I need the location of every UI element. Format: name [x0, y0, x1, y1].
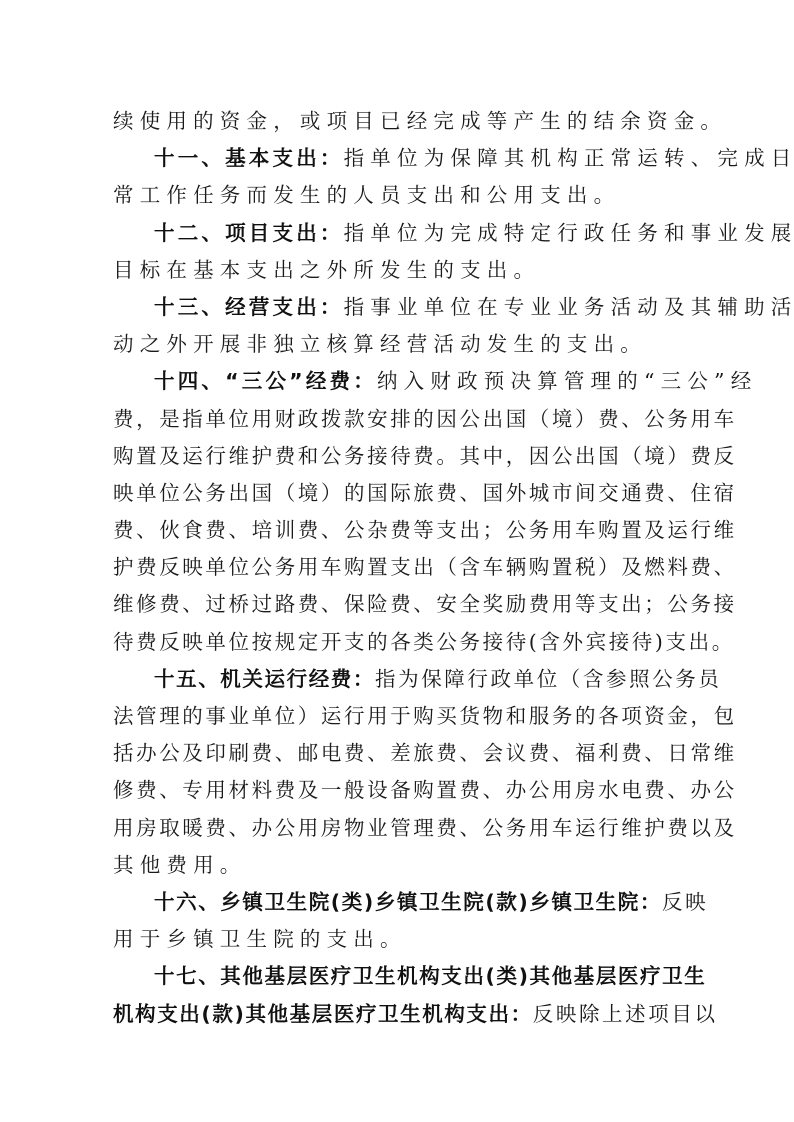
body-text: 纳入财政预决算管理的“三公”经	[377, 369, 757, 393]
text-line: 待费反映单位按规定开支的各类公务接待(含外宾接待)支出。	[113, 624, 683, 661]
text-line: 括办公及印刷费、邮电费、差旅费、会议费、福利费、日常维	[113, 735, 683, 772]
body-text: 法管理的事业单位）运行用于购买货物和服务的各项资金，包	[113, 704, 737, 728]
text-line: 费，是指单位用财政拨款安排的因公出国（境）费、公务用车	[113, 401, 683, 438]
text-line: 动之外开展非独立核算经营活动发生的支出。	[113, 326, 683, 363]
body-text: 括办公及印刷费、邮电费、差旅费、会议费、福利费、日常维	[113, 741, 737, 765]
section-heading: 机构支出(款)其他基层医疗卫生机构支出：	[113, 1002, 533, 1026]
section-heading: 十六、乡镇卫生院(类)乡镇卫生院(款)乡镇卫生院：	[154, 890, 662, 914]
text-line: 用房取暖费、办公用房物业管理费、公务用车运行维护费以及	[113, 810, 683, 847]
text-line: 十四、“三公”经费：纳入财政预决算管理的“三公”经	[113, 363, 683, 400]
text-line: 用于乡镇卫生院的支出。	[113, 921, 683, 958]
body-text: 续使用的资金，或项目已经完成等产生的结余资金。	[113, 109, 727, 133]
text-line: 维修费、过桥过路费、保险费、安全奖励费用等支出；公务接	[113, 586, 683, 623]
text-line: 目标在基本支出之外所发生的支出。	[113, 252, 683, 289]
document-page: 续使用的资金，或项目已经完成等产生的结余资金。 十一、基本支出：指单位为保障其机…	[113, 103, 683, 1033]
section-heading: 十四、“三公”经费：	[154, 369, 377, 393]
text-line: 十五、机关运行经费：指为保障行政单位（含参照公务员	[113, 661, 683, 698]
body-text: 指事业单位在专业业务活动及其辅助活	[344, 295, 794, 319]
text-line: 费、伙食费、培训费、公杂费等支出；公务用车购置及运行维	[113, 512, 683, 549]
body-text: 指为保障行政单位（含参照公务员	[375, 667, 722, 691]
body-text: 映单位公务出国（境）的国际旅费、国外城市间交通费、住宿	[113, 481, 737, 505]
body-text: 护费反映单位公务用车购置支出（含车辆购置税）及燃料费、	[113, 555, 737, 579]
text-line: 护费反映单位公务用车购置支出（含车辆购置税）及燃料费、	[113, 549, 683, 586]
section-heading: 十二、项目支出：	[154, 221, 344, 245]
text-line: 法管理的事业单位）运行用于购买货物和服务的各项资金，包	[113, 698, 683, 735]
text-line: 十二、项目支出：指单位为完成特定行政任务和事业发展	[113, 215, 683, 252]
body-text: 用于乡镇卫生院的支出。	[113, 927, 407, 951]
text-line: 续使用的资金，或项目已经完成等产生的结余资金。	[113, 103, 683, 140]
text-line: 十三、经营支出：指事业单位在专业业务活动及其辅助活	[113, 289, 683, 326]
text-line: 常工作任务而发生的人员支出和公用支出。	[113, 177, 683, 214]
text-line: 十六、乡镇卫生院(类)乡镇卫生院(款)乡镇卫生院：反映	[113, 884, 683, 921]
text-line: 映单位公务出国（境）的国际旅费、国外城市间交通费、住宿	[113, 475, 683, 512]
body-text: 指单位为保障其机构正常运转、完成日	[344, 146, 794, 170]
body-text: 用房取暖费、办公用房物业管理费、公务用车运行维护费以及	[113, 816, 737, 840]
text-line: 机构支出(款)其他基层医疗卫生机构支出：反映除上述项目以	[113, 996, 683, 1033]
body-text: 修费、专用材料费及一般设备购置费、办公用房水电费、办公	[113, 778, 737, 802]
body-text: 其他费用。	[113, 853, 247, 877]
body-text: 费、伙食费、培训费、公杂费等支出；公务用车购置及运行维	[113, 518, 737, 542]
section-heading: 十五、机关运行经费：	[154, 667, 375, 691]
body-text: 购置及运行维护费和公务接待费。其中，因公出国（境）费反	[113, 444, 737, 468]
body-text: 费，是指单位用财政拨款安排的因公出国（境）费、公务用车	[113, 407, 737, 431]
body-text: 常工作任务而发生的人员支出和公用支出。	[113, 183, 620, 207]
text-line: 修费、专用材料费及一般设备购置费、办公用房水电费、办公	[113, 772, 683, 809]
body-text: 目标在基本支出之外所发生的支出。	[113, 258, 540, 282]
body-text: 反映除上述项目以	[533, 1002, 718, 1026]
text-line: 其他费用。	[113, 847, 683, 884]
body-text: 指单位为完成特定行政任务和事业发展	[344, 221, 794, 245]
body-text: 动之外开展非独立核算经营活动发生的支出。	[113, 332, 647, 356]
text-line: 十一、基本支出：指单位为保障其机构正常运转、完成日	[113, 140, 683, 177]
section-heading: 十一、基本支出：	[154, 146, 344, 170]
text-line: 十七、其他基层医疗卫生机构支出(类)其他基层医疗卫生	[113, 958, 683, 995]
section-heading: 十三、经营支出：	[154, 295, 344, 319]
text-line: 购置及运行维护费和公务接待费。其中，因公出国（境）费反	[113, 438, 683, 475]
section-heading: 十七、其他基层医疗卫生机构支出(类)其他基层医疗卫生	[154, 964, 706, 988]
body-text: 维修费、过桥过路费、保险费、安全奖励费用等支出；公务接	[113, 592, 737, 616]
body-text: 待费反映单位按规定开支的各类公务接待(含外宾接待)支出。	[113, 630, 735, 654]
body-text: 反映	[662, 890, 708, 914]
